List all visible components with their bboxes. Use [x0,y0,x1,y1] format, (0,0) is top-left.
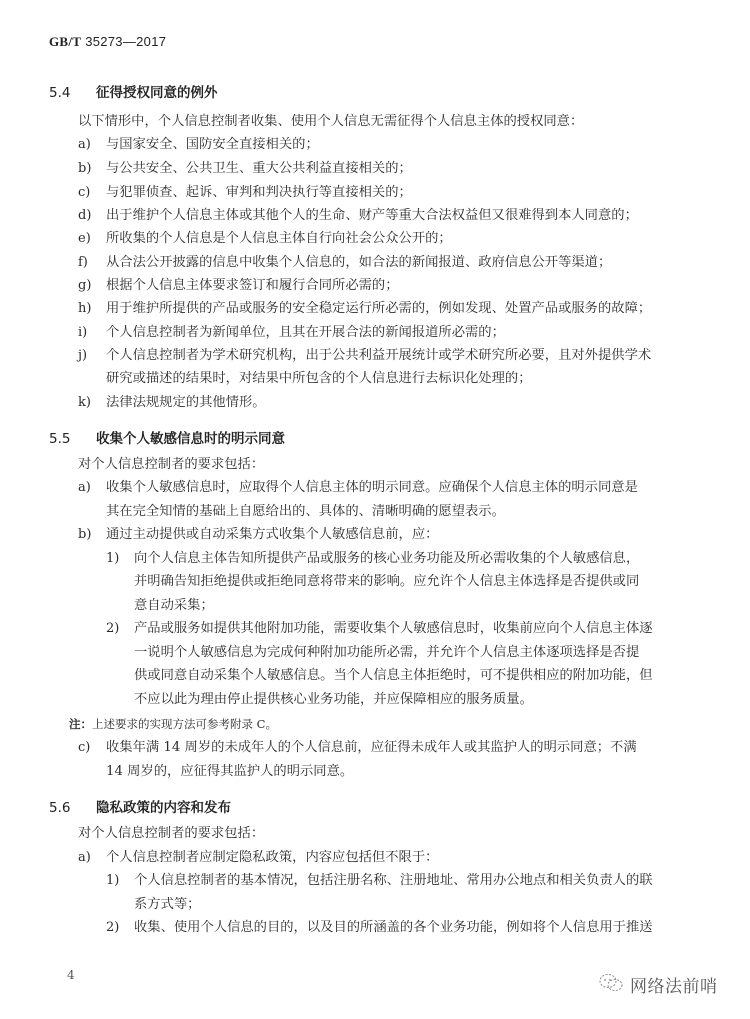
section-heading-5-4: 5.4征得授权同意的例外 [49,81,218,101]
sub-list-item-continuation: 一说明个人敏感信息为完成何种附加功能所必需，并允许个人信息主体逐项选择是否提 [134,646,639,659]
sub-list-item-continuation: 系方式等； [134,898,200,911]
item-label: i) [78,326,87,339]
item-label: a) [78,851,91,864]
sub-list-item-continuation: 供或同意自动采集个人敏感信息。当个人信息主体拒绝时，可不提供相应的附加功能，但 [134,669,653,682]
standard-prefix: GB/T [49,34,81,49]
standard-code: GB/T 35273—2017 [49,34,166,50]
note: 注：上述要求的实现方法可参考附录 C。 [69,719,277,731]
item-label: c) [78,741,90,754]
list-item-continuation: 14 周岁的，应征得其监护人的明示同意。 [106,765,353,778]
section-heading-5-5: 5.5收集个人敏感信息时的明示同意 [49,427,285,447]
item-label: k) [78,396,91,409]
list-item: 与国家安全、国防安全直接相关的； [106,138,319,151]
section-intro: 以下情形中，个人信息控制者收集、使用个人信息无需征得个人信息主体的授权同意： [78,115,583,128]
item-label: b) [78,528,91,541]
section-intro: 对个人信息控制者的要求包括： [78,827,264,840]
section-number: 5.5 [49,431,96,447]
list-item: 与公共安全、公共卫生、重大公共利益直接相关的； [106,162,412,175]
section-title: 征得授权同意的例外 [96,85,218,101]
item-label: a) [78,481,91,494]
section-heading-5-6: 5.6隐私政策的内容和发布 [49,796,231,816]
watermark-text: 网络法前哨 [630,972,718,997]
list-item: 收集年满 14 周岁的未成年人的个人信息前，应征得未成年人或其监护人的明示同意；… [106,741,637,754]
list-item: 出于维护个人信息主体或其他个人的生命、财产等重大合法权益但又很难得到本人同意的； [106,209,638,222]
item-label: g) [78,279,91,292]
section-number: 5.4 [49,85,96,101]
note-label: 注： [69,717,92,731]
list-item: 用于维护所提供的产品或服务的安全稳定运行所必需的，例如发现、处置产品或服务的故障… [106,302,651,315]
section-title: 隐私政策的内容和发布 [96,800,231,816]
list-item: 收集个人敏感信息时，应取得个人信息主体的明示同意。应确保个人信息主体的明示同意是 [106,481,638,494]
list-item-continuation: 其在完全知情的基础上自愿给出的、具体的、清晰明确的愿望表示。 [106,505,505,518]
wechat-icon [598,973,624,997]
sub-list-item: 个人信息控制者的基本情况，包括注册名称、注册地址、常用办公地点和相关负责人的联 [134,874,653,887]
note-text: 上述要求的实现方法可参考附录 C。 [92,717,277,731]
sub-list-item: 向个人信息主体告知所提供产品或服务的核心业务功能及所必需收集的个人敏感信息， [134,552,639,565]
watermark: 网络法前哨 [598,972,718,997]
item-label: c) [78,186,90,199]
section-intro: 对个人信息控制者的要求包括： [78,458,264,471]
item-label: a) [78,138,91,151]
item-label: b) [78,162,91,175]
list-item: 从合法公开披露的信息中收集个人信息的，如合法的新闻报道、政府信息公开等渠道； [106,256,611,269]
page-number: 4 [67,968,75,982]
list-item: 个人信息控制者应制定隐私政策，内容应包括但不限于： [106,851,438,864]
sub-list-item-continuation: 意自动采集； [134,599,214,612]
subitem-label: 1) [106,874,119,887]
list-item: 通过主动提供或自动采集方式收集个人敏感信息前，应： [106,528,438,541]
subitem-label: 2) [106,921,119,934]
sub-list-item: 产品或服务如提供其他附加功能，需要收集个人敏感信息时，收集前应向个人信息主体逐 [134,622,653,635]
item-label: f) [78,256,88,269]
item-label: j) [78,349,87,362]
standard-number: 35273—2017 [85,34,166,49]
section-number: 5.6 [49,800,96,816]
item-label: d) [78,209,91,222]
sub-list-item: 收集、使用个人信息的目的，以及目的所涵盖的各个业务功能，例如将个人信息用于推送 [134,921,653,934]
subitem-label: 1) [106,552,119,565]
list-item: 个人信息控制者为新闻单位，且其在开展合法的新闻报道所必需的； [106,326,505,339]
item-label: e) [78,232,91,245]
list-item: 所收集的个人信息是个人信息主体自行向社会公众公开的； [106,232,452,245]
document-page: GB/T 35273—2017 5.4征得授权同意的例外 以下情形中，个人信息控… [0,0,750,1019]
sub-list-item-continuation: 不应以此为理由停止提供核心业务功能，并应保障相应的服务质量。 [134,693,533,706]
list-item: 个人信息控制者为学术研究机构，出于公共利益开展统计或学术研究所必要，且对外提供学… [106,349,651,362]
list-item: 根据个人信息主体要求签订和履行合同所必需的； [106,279,399,292]
item-label: h) [78,302,91,315]
list-item: 与犯罪侦查、起诉、审判和判决执行等直接相关的； [106,186,412,199]
sub-list-item-continuation: 并明确告知拒绝提供或拒绝同意将带来的影响。应允许个人信息主体选择是否提供或同 [134,575,639,588]
subitem-label: 2) [106,622,119,635]
list-item: 法律法规规定的其他情形。 [106,396,266,409]
section-title: 收集个人敏感信息时的明示同意 [96,431,285,447]
list-item-continuation: 研究或描述的结果时，对结果中所包含的个人信息进行去标识化处理的； [106,372,532,385]
